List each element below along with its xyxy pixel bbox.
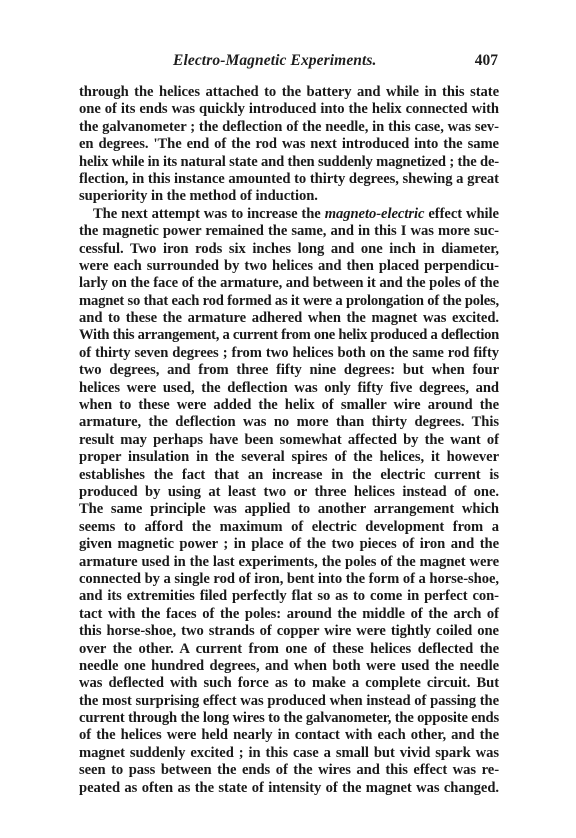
- text-line: current through the long wires to the ga…: [79, 710, 499, 727]
- paragraph-opening: The next attempt was to increase the mag…: [93, 206, 499, 222]
- text-line: seems to afford the maximum of electric …: [79, 519, 499, 536]
- text-line: this horse-shoe, two strands of copper w…: [79, 623, 499, 640]
- text-line: armature used in the last experiments, t…: [79, 554, 499, 571]
- running-head: Electro-Magnetic Experiments. 407: [79, 52, 499, 72]
- text-line: helices were used, the deflection was on…: [79, 380, 499, 397]
- text-line: and its extremities filed perfectly flat…: [79, 588, 499, 605]
- text-line: cessful. Two iron rods six inches long a…: [79, 241, 499, 258]
- body-text: through the helices attached to the batt…: [79, 84, 499, 797]
- text-line: magnet so that each rod formed as it wer…: [79, 293, 499, 310]
- text-line: through the helices attached to the batt…: [79, 84, 499, 101]
- text-line: of the helices were held nearly in conta…: [79, 727, 499, 744]
- text-line: was deflected with such force as to make…: [79, 675, 499, 692]
- text-line: With this arrangement, a current from on…: [79, 327, 499, 344]
- text-line: needle one hundred degrees, and when bot…: [79, 658, 499, 675]
- text-line: armature, the deflection was no more tha…: [79, 414, 499, 431]
- text-line: tact with the faces of the poles: around…: [79, 606, 499, 623]
- text-line: two degrees, and from three fifty nine d…: [79, 362, 499, 379]
- text-line: larly on the face of the armature, and b…: [79, 275, 499, 292]
- text-line: and to these the armature adhered when t…: [79, 310, 499, 327]
- running-title: Electro-Magnetic Experiments.: [173, 52, 377, 70]
- text-line: establishes the fact that an increase in…: [79, 467, 499, 484]
- text-line: given magnetic power ; in place of the t…: [79, 536, 499, 553]
- text-line: were each surrounded by two helices and …: [79, 258, 499, 275]
- text-line: produced by using at least two or three …: [79, 484, 499, 501]
- text-line: proper insulation in the several spires …: [79, 449, 499, 466]
- text-line: over the other. A current from one of th…: [79, 641, 499, 658]
- text-line: the galvanometer ; the deflection of the…: [79, 119, 499, 136]
- page-number: 407: [475, 52, 498, 70]
- text-line: helix while in its natural state and the…: [79, 154, 499, 171]
- text-line: peated as often as the state of intensit…: [79, 780, 499, 797]
- text-line: seen to pass between the ends of the wir…: [79, 762, 499, 779]
- text-line: flection, in this instance amounted to t…: [79, 171, 499, 188]
- text-line-paragraph-end: superiority in the method of induction.: [79, 188, 499, 205]
- text-line: one of its ends was quickly introduced i…: [79, 101, 499, 118]
- text-line: The same principle was applied to anothe…: [79, 501, 499, 518]
- text-line: result may perhaps have been somewhat af…: [79, 432, 499, 449]
- text-line: magnet suddenly excited ; in this case a…: [79, 745, 499, 762]
- text-line: connected by a single rod of iron, bent …: [79, 571, 499, 588]
- text-line: the magnetic power remained the same, an…: [79, 223, 499, 240]
- text-line: when to these were added the helix of sm…: [79, 397, 499, 414]
- italic-term: magneto-electric: [325, 206, 425, 222]
- text-line: en degrees. 'The end of the rod was next…: [79, 136, 499, 153]
- text-line: of thirty seven degrees ; from two helic…: [79, 345, 499, 362]
- text-line: the most surprising effect was produced …: [79, 693, 499, 710]
- text-line-paragraph-start: The next attempt was to increase the mag…: [79, 206, 499, 223]
